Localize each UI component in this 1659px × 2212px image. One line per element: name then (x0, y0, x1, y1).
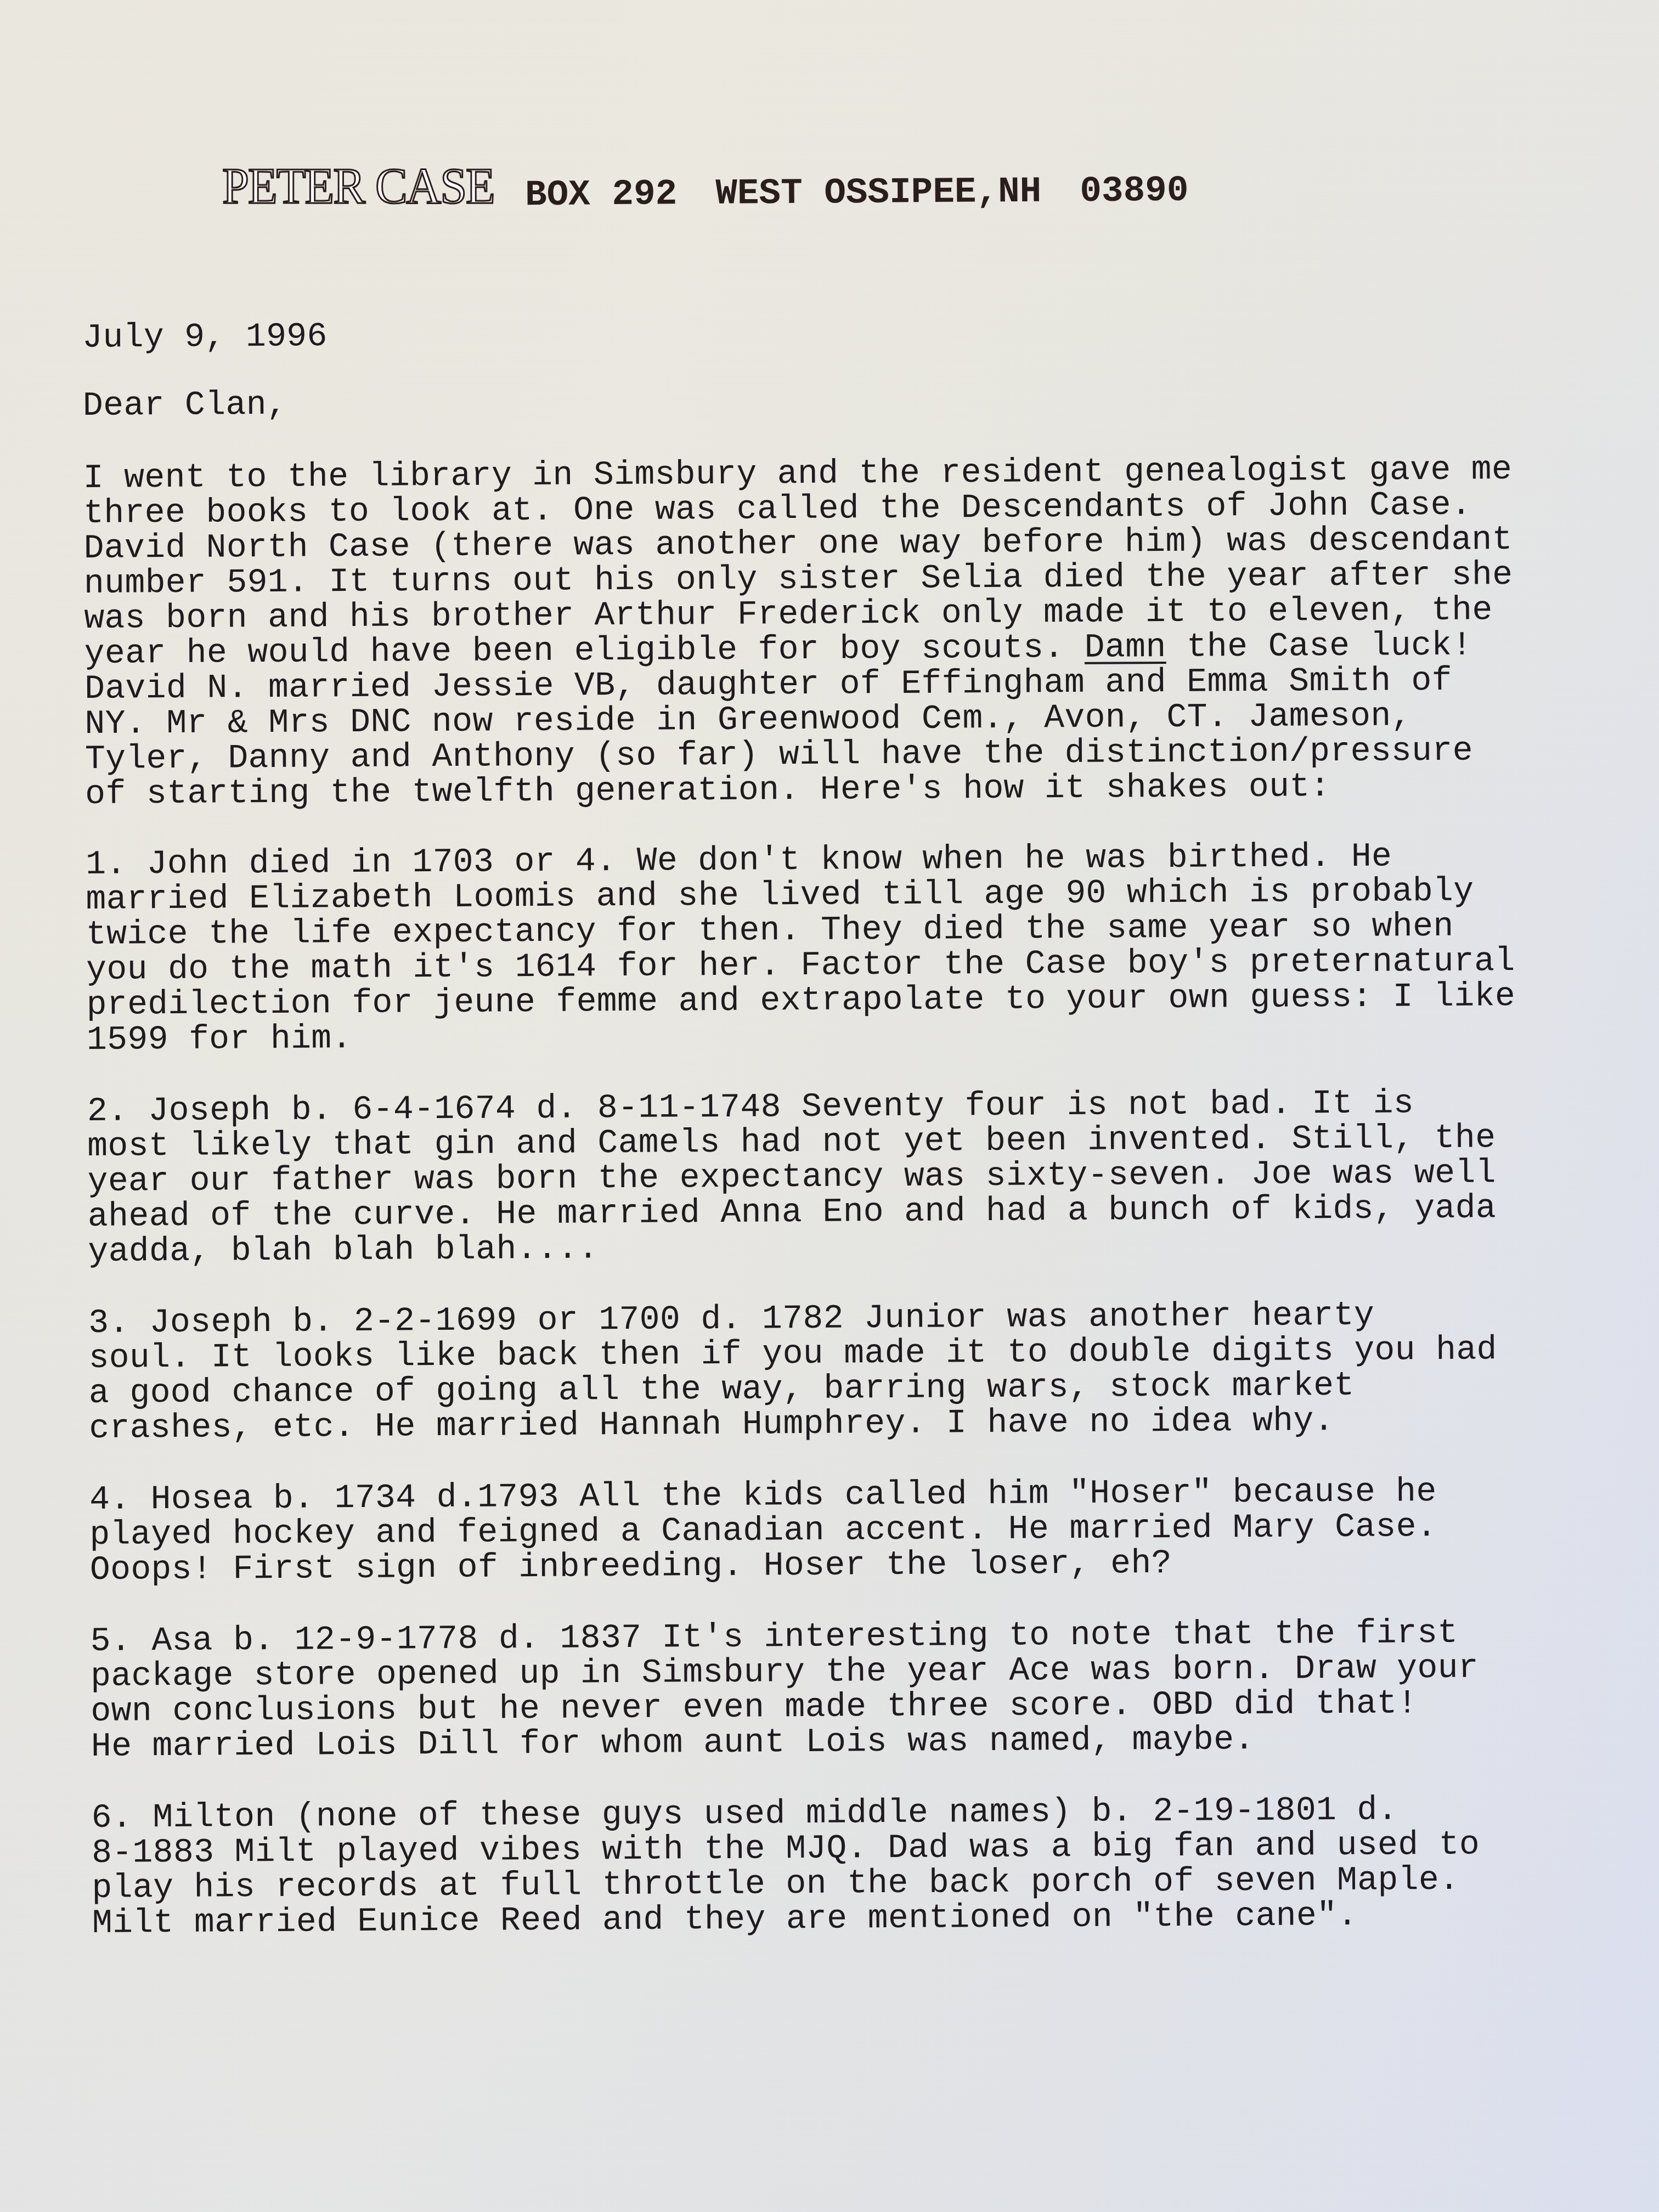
letter-page: PETER CASE BOX 292WEST OSSIPEE,NH03890 J… (0, 0, 1659, 2212)
generation-entry-5: 5. Asa b. 12-9-1778 d. 1837 It's interes… (91, 1615, 1628, 1765)
letterhead-city-state: WEST OSSIPEE,NH (715, 171, 1042, 215)
intro-paragraph: I went to the library in Simsbury and th… (83, 452, 1622, 812)
letterhead-address: BOX 292WEST OSSIPEE,NH03890 (525, 170, 1189, 216)
letter-date: July 9, 1996 (82, 312, 1618, 356)
letterhead-zip: 03890 (1080, 170, 1189, 212)
letterhead-box: BOX 292 (525, 173, 678, 216)
generation-entry-6: 6. Milton (none of these guys used middl… (91, 1792, 1628, 1942)
letterhead: PETER CASE BOX 292WEST OSSIPEE,NH03890 (222, 159, 1188, 215)
letter-body: July 9, 1996 Dear Clan, I went to the li… (82, 312, 1628, 1978)
letterhead-name: PETER CASE (222, 157, 494, 216)
letter-greeting: Dear Clan, (83, 380, 1619, 424)
generation-entry-2: 2. Joseph b. 6-4-1674 d. 8-11-1748 Seven… (87, 1085, 1624, 1270)
generation-entry-3: 3. Joseph b. 2-2-1699 or 1700 d. 1782 Ju… (88, 1297, 1626, 1447)
generation-entry-1: 1. John died in 1703 or 4. We don't know… (86, 838, 1623, 1058)
generation-entry-4: 4. Hosea b. 1734 d.1793 All the kids cal… (89, 1474, 1626, 1588)
emphasis-damn: Damn (1085, 629, 1166, 667)
